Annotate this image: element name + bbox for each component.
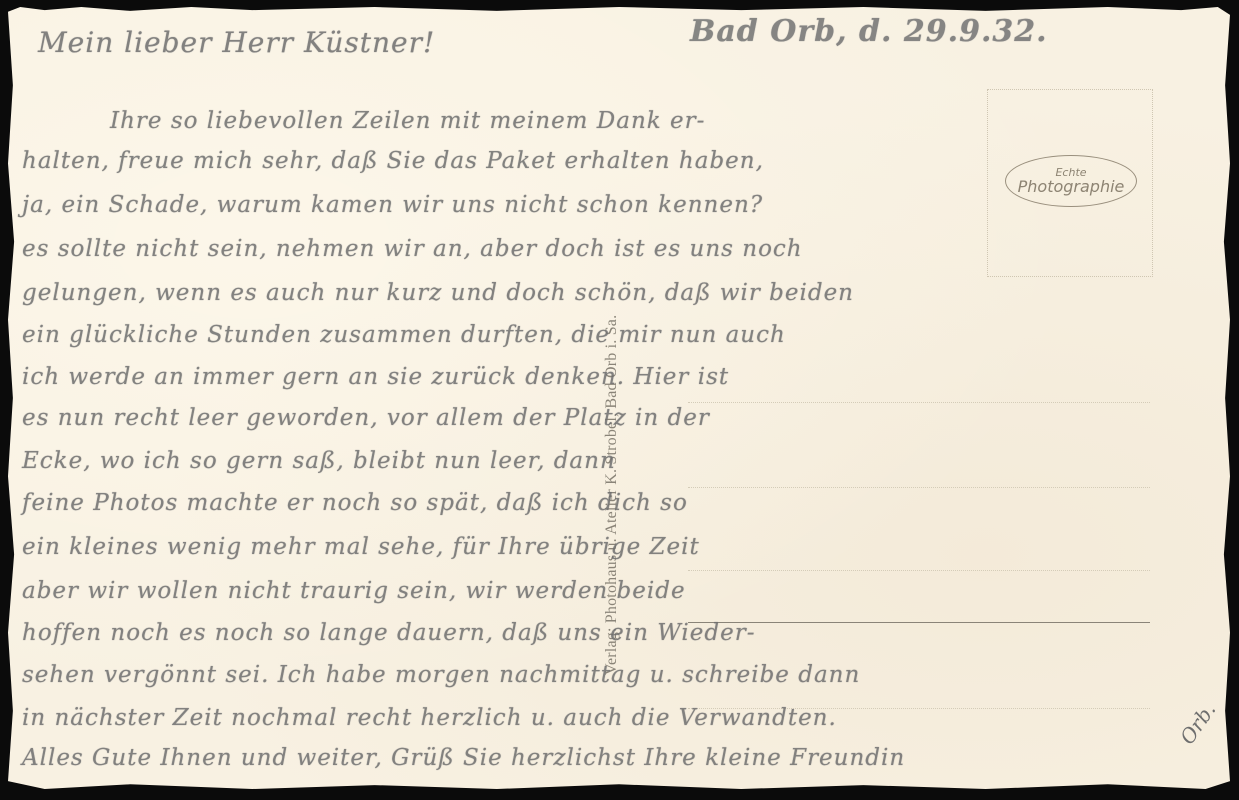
echte-photographie-logo: Echte Photographie [1005, 155, 1137, 207]
handwritten-line: halten, freue mich sehr, daß Sie das Pak… [22, 148, 764, 174]
address-line [688, 487, 1150, 488]
handwritten-line: hoffen noch es noch so lange dauern, daß… [22, 620, 756, 646]
handwritten-line: feine Photos machte er noch so spät, daß… [22, 490, 688, 516]
handwritten-line: Ihre so liebevollen Zeilen mit meinem Da… [110, 108, 705, 134]
handwritten-line: ja, ein Schade, warum kamen wir uns nich… [22, 192, 763, 218]
address-line [688, 402, 1150, 403]
handwritten-line: in nächster Zeit nochmal recht herzlich … [22, 705, 837, 731]
handwritten-line: Alles Gute Ihnen und weiter, Grüß Sie he… [22, 745, 905, 771]
handwritten-greeting: Mein lieber Herr Küstner! [38, 26, 435, 59]
logo-top-text: Echte [1055, 167, 1086, 178]
logo-bottom-text: Photographie [1018, 178, 1125, 196]
address-line [688, 570, 1150, 571]
address-line-solid [688, 622, 1150, 623]
handwritten-line: ein glückliche Stunden zusammen durften,… [22, 322, 786, 348]
handwritten-date: Bad Orb, d. 29.9.32. [690, 14, 1048, 49]
handwritten-line: gelungen, wenn es auch nur kurz und doch… [22, 280, 854, 306]
handwritten-line: sehen vergönnt sei. Ich habe morgen nach… [22, 662, 860, 688]
handwritten-line: ein kleines wenig mehr mal sehe, für Ihr… [22, 534, 700, 560]
handwritten-line: ich werde an immer gern an sie zurück de… [22, 364, 729, 390]
handwritten-line: aber wir wollen nicht traurig sein, wir … [22, 578, 686, 604]
handwritten-line: Ecke, wo ich so gern saß, bleibt nun lee… [22, 448, 616, 474]
handwritten-line: es sollte nicht sein, nehmen wir an, abe… [22, 236, 803, 262]
handwritten-line: es nun recht leer geworden, vor allem de… [22, 405, 710, 431]
